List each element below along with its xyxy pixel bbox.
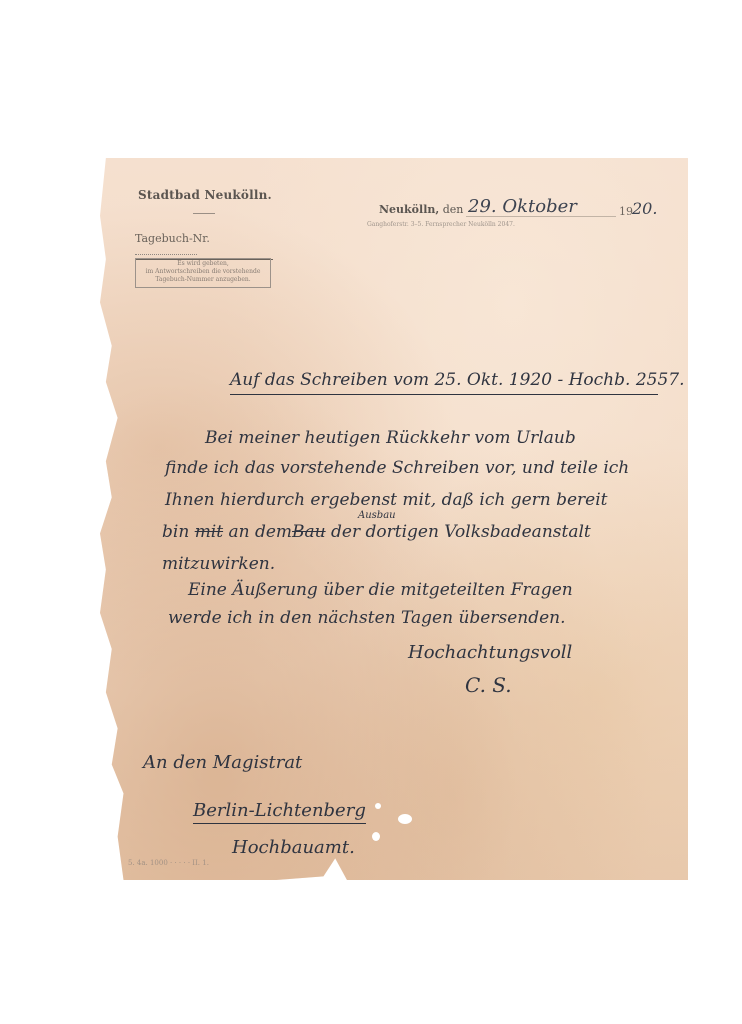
inserted-word: Ausbau (358, 510, 396, 521)
body-line: Bei meiner heutigen Rückkehr vom Urlaub (205, 428, 576, 448)
notice-line: Tagebuch-Nummer anzugeben. (136, 276, 270, 284)
closing-salutation: Hochachtungsvoll (408, 642, 572, 663)
letterhead-organization: Stadtbad Neukölln. (138, 188, 272, 202)
recipient-line: Hochbauamt. (232, 837, 355, 858)
recipient-line: An den Magistrat (143, 752, 302, 773)
year-prefix: 19 (619, 205, 633, 218)
journal-number-blank (135, 254, 197, 255)
journal-number-label: Tagebuch-Nr. (135, 232, 210, 245)
paper-hole (375, 803, 381, 809)
paper-hole (372, 832, 380, 841)
body-word: der dortigen Volksbadeanstalt (331, 522, 591, 542)
recipient-line: Berlin-Lichtenberg (193, 800, 366, 824)
handwritten-date: 29. Oktober (468, 196, 577, 217)
place-date-label: Neukölln, den (379, 203, 463, 216)
body-word: an dem (228, 522, 292, 542)
body-line: Ihnen hierdurch ergebenst mit, daß ich g… (165, 490, 608, 510)
printer-mark: 5. 4a. 1000 · · · · · II. 1. (128, 859, 209, 867)
body-line: werde ich in den nächsten Tagen übersend… (168, 608, 566, 628)
place-name: Neukölln, (379, 203, 439, 216)
body-word: bin (162, 522, 189, 542)
body-line: bin mit an demBau der dortigen Volksbade… (162, 522, 591, 542)
struck-word: mit (195, 522, 223, 542)
reference-notice-box: Es wird gebeten, im Antwortschreiben die… (135, 258, 271, 288)
notice-line: im Antwortschreiben die vorstehende (136, 268, 270, 276)
reference-line: Auf das Schreiben vom 25. Okt. 1920 - Ho… (230, 370, 658, 395)
journal-number-field: Tagebuch-Nr. (135, 232, 273, 260)
notice-line: Es wird gebeten, (136, 260, 270, 268)
paper-hole (398, 814, 412, 824)
struck-word: Bau (292, 522, 326, 542)
body-line: mitzuwirken. (162, 554, 275, 574)
signature: C. S. (465, 673, 512, 697)
letterhead-address: Ganghoferstr. 3–5. Fernsprecher Neukölln… (367, 221, 515, 228)
handwritten-year: 20. (632, 199, 657, 218)
body-line: Eine Äußerung über die mitgeteilten Frag… (188, 580, 573, 600)
date-prefix: den (443, 203, 464, 216)
letterhead-divider (193, 213, 215, 214)
body-line: finde ich das vorstehende Schreiben vor,… (165, 458, 629, 478)
